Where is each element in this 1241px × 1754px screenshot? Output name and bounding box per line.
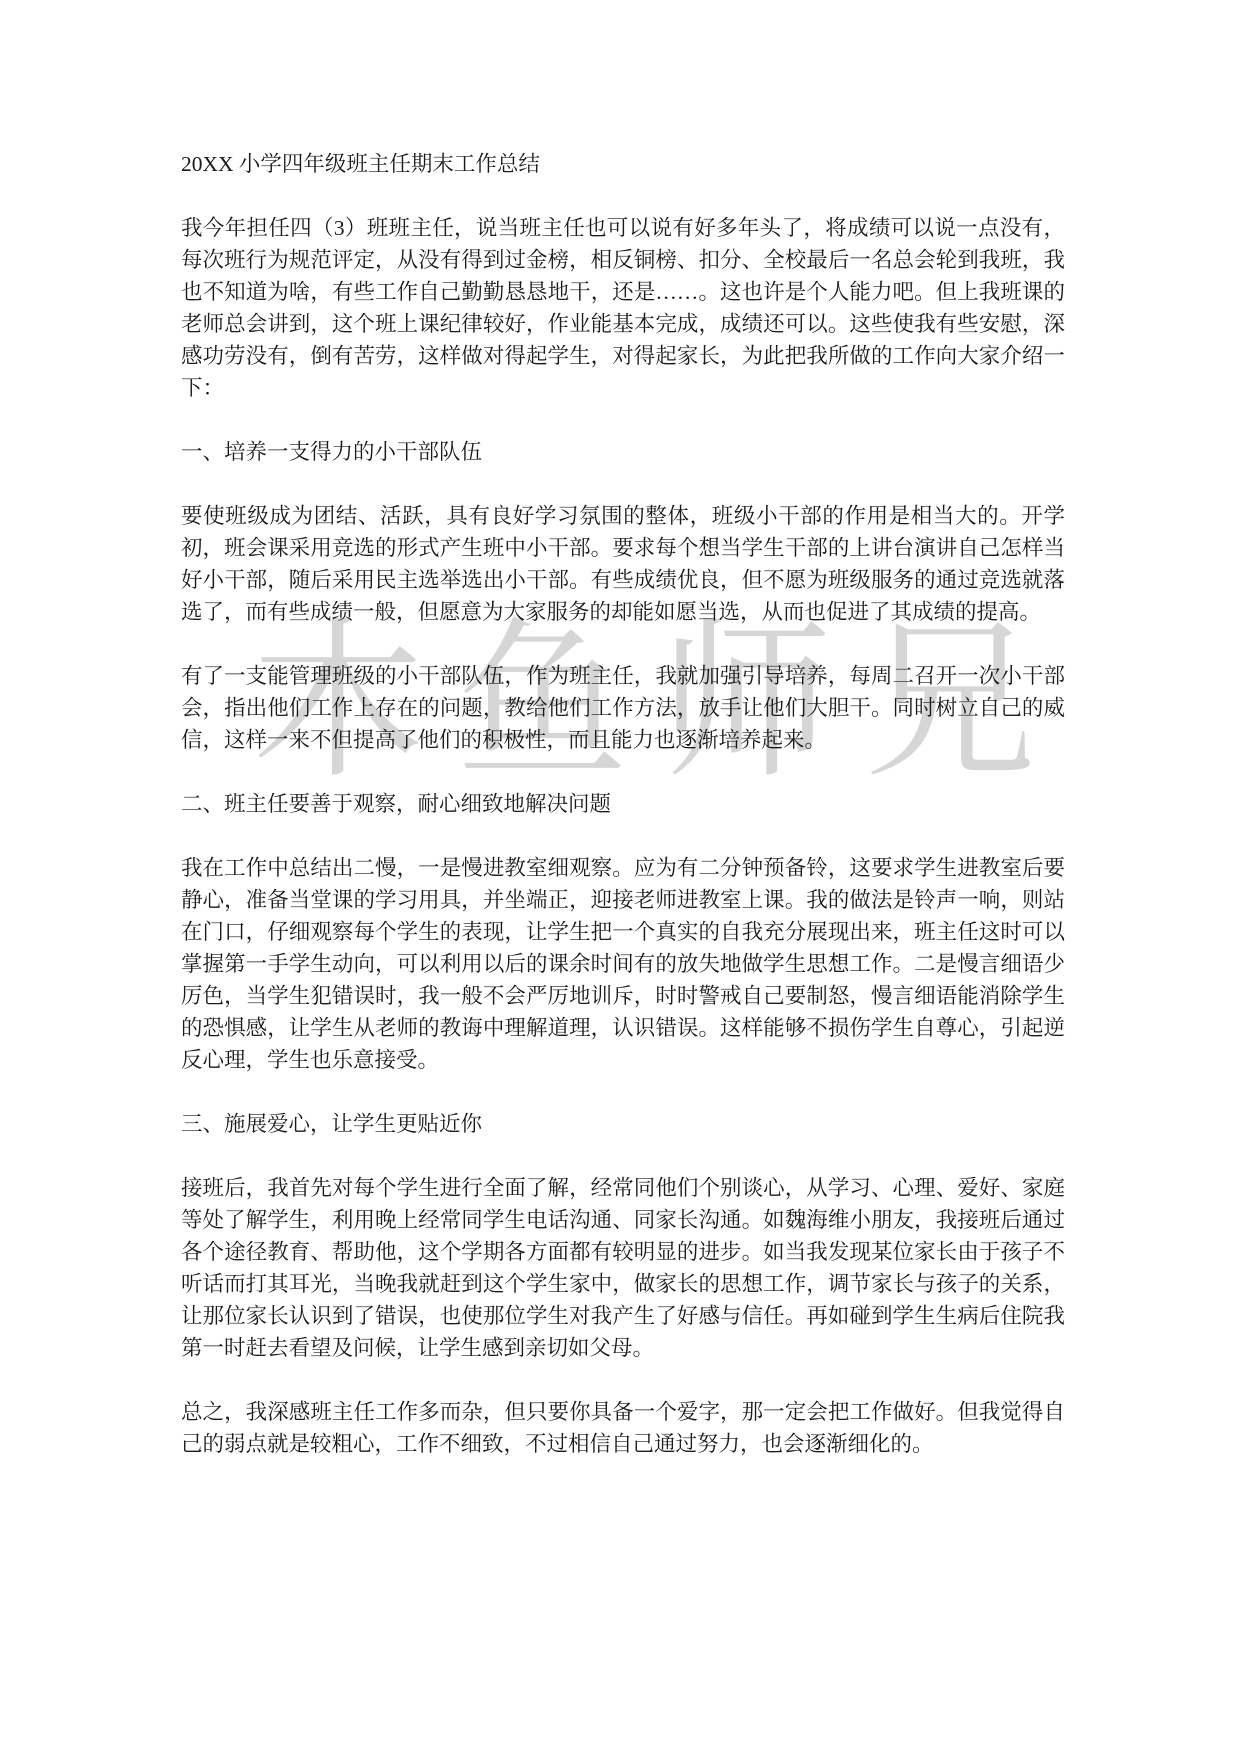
document-content: 20XX 小学四年级班主任期末工作总结 我今年担任四（3）班班主任，说当班主任也… <box>181 148 1065 1460</box>
document-page: 木鱼师兄 20XX 小学四年级班主任期末工作总结 我今年担任四（3）班班主任，说… <box>0 0 1241 1754</box>
paragraph-section1-a: 要使班级成为团结、活跃，具有良好学习氛围的整体，班级小干部的作用是相当大的。开学… <box>181 500 1065 628</box>
section-heading-2: 二、班主任要善于观察，耐心细致地解决问题 <box>181 788 1065 820</box>
section-heading-3: 三、施展爱心，让学生更贴近你 <box>181 1108 1065 1140</box>
paragraph-section1-b: 有了一支能管理班级的小干部队伍，作为班主任，我就加强引导培养，每周二召开一次小干… <box>181 660 1065 756</box>
document-title: 20XX 小学四年级班主任期末工作总结 <box>181 148 1065 180</box>
paragraph-intro: 我今年担任四（3）班班主任，说当班主任也可以说有好多年头了，将成绩可以说一点没有… <box>181 212 1065 404</box>
paragraph-section3: 接班后，我首先对每个学生进行全面了解，经常同他们个别谈心，从学习、心理、爱好、家… <box>181 1172 1065 1364</box>
section-heading-1: 一、培养一支得力的小干部队伍 <box>181 436 1065 468</box>
paragraph-section2: 我在工作中总结出二慢，一是慢进教室细观察。应为有二分钟预备铃，这要求学生进教室后… <box>181 852 1065 1076</box>
paragraph-conclusion: 总之，我深感班主任工作多而杂，但只要你具备一个爱字，那一定会把工作做好。但我觉得… <box>181 1396 1065 1460</box>
